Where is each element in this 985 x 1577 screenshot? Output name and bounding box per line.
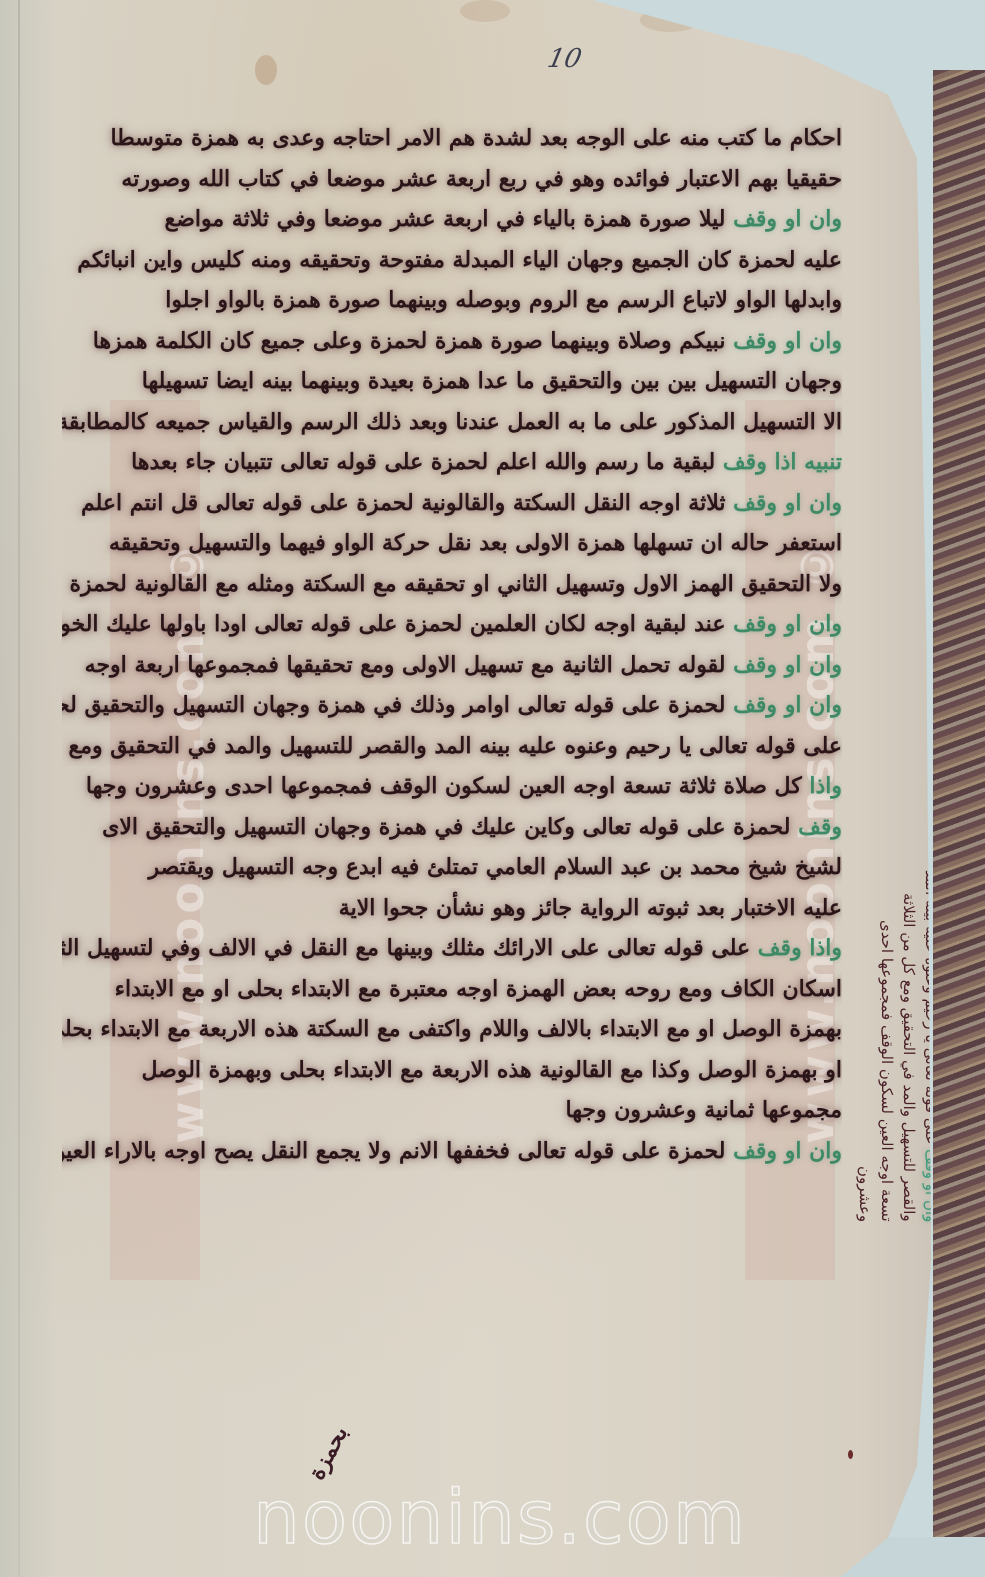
stain <box>255 55 277 85</box>
line-text: نبيكم وصلاة وبينهما صورة همزة لحمزة وعلى… <box>93 328 726 354</box>
manuscript-line: عليه الاختبار بعد ثبوته الرواية جائز وهو… <box>62 888 842 929</box>
line-text: على قوله تعالى على الارائك مثلك وبينها م… <box>62 935 750 961</box>
manuscript-line: الا التسهيل المذكور على ما به العمل عندن… <box>62 402 842 443</box>
line-text: حقيقيا بهم الاعتبار فوائده وهو في ربع ار… <box>121 166 842 192</box>
manuscript-line: وان او وقف لحمزة على قوله تعالى فخففها ا… <box>62 1131 842 1172</box>
rubric-heading: وان او وقف <box>733 611 842 637</box>
line-text: لحمزة على قوله تعالى وكاين عليك في همزة … <box>102 814 790 840</box>
manuscript-line: وجهان التسهيل بين بين والتحقيق ما عدا هم… <box>62 361 842 402</box>
footer-watermark: noonins.com <box>190 1475 810 1561</box>
manuscript-line: اسكان الكاف ومع روحه بعض الهمزة اوجه معت… <box>62 969 842 1010</box>
line-text: اسكان الكاف ومع روحه بعض الهمزة اوجه معت… <box>115 976 842 1002</box>
manuscript-line: واذا كل صلاة ثلاثة تسعة اوجه العين لسكون… <box>62 766 842 807</box>
manuscript-line: استعفر حاله ان تسهلها همزة الاولى بعد نق… <box>62 523 842 564</box>
manuscript-line: وقف لحمزة على قوله تعالى وكاين عليك في ه… <box>62 807 842 848</box>
manuscript-line: وان او وقف ليلا صورة همزة بالياء في اربع… <box>62 199 842 240</box>
line-text: او بهمزة الوصل وكذا مع القالونية هذه الا… <box>142 1057 843 1083</box>
rubric-heading: وان او وقف <box>733 692 842 718</box>
line-text: كل صلاة ثلاثة تسعة اوجه العين لسكون الوق… <box>86 773 802 799</box>
rubric-heading: وان او وقف <box>733 328 842 354</box>
manuscript-page: 10 www.noonins.com © www.noonins.com © ا… <box>0 0 955 1577</box>
manuscript-line: واذا وقف على قوله تعالى على الارائك مثلك… <box>62 928 842 969</box>
manuscript-line: وان او وقف عند لبقية اوجه لكان العلمين ل… <box>62 604 842 645</box>
stain <box>640 8 700 32</box>
folio-number: 10 <box>545 44 584 74</box>
line-text: ولا التحقيق الهمز الاول وتسهيل الثاني او… <box>70 571 842 597</box>
stain <box>460 0 510 22</box>
manuscript-line: وان او وقف ثلاثة اوجه النقل السكتة والقا… <box>62 483 842 524</box>
line-text: وابدلها الواو لاتباع الرسم مع الروم وبوص… <box>165 287 842 313</box>
line-text: ثلاثة اوجه النقل السكتة والقالونية لحمزة… <box>81 490 725 516</box>
manuscript-line: او بهمزة الوصل وكذا مع القالونية هذه الا… <box>62 1050 842 1091</box>
page-gutter <box>18 0 20 1577</box>
manuscript-line: مجموعها ثمانية وعشرون وجها <box>62 1090 842 1131</box>
marbled-book-cover <box>933 70 985 1577</box>
line-text: الا التسهيل المذكور على ما به العمل عندن… <box>62 409 842 435</box>
manuscript-line: لشيخ شيخ محمد بن عبد السلام العامي تمتلئ… <box>62 847 842 888</box>
line-text: لقوله تحمل الثانية مع تسهيل الاولى ومع ت… <box>85 652 726 678</box>
line-text: عليه لحمزة كان الجميع وجهان الياء المبدل… <box>77 247 842 273</box>
margin-note: وان او وقف على قوله تعالى يا رحيم وعنوه … <box>852 862 942 1222</box>
line-text: لبقية ما رسم والله اعلم لحمزة على قوله ت… <box>131 449 715 475</box>
line-text: لحمزة على قوله تعالى فخففها الانم ولا يج… <box>62 1138 725 1164</box>
line-text: بهمزة الوصل او مع الابتداء بالالف واللام… <box>62 1016 842 1042</box>
manuscript-line: احكام ما كتب منه على الوجه بعد لشدة هم ا… <box>62 118 842 159</box>
manuscript-line: عليه لحمزة كان الجميع وجهان الياء المبدل… <box>62 240 842 281</box>
manuscript-line: تنبيه اذا وقف لبقية ما رسم والله اعلم لح… <box>62 442 842 483</box>
rubric-heading: وان او وقف <box>733 490 842 516</box>
line-text: مجموعها ثمانية وعشرون وجها <box>566 1097 842 1123</box>
rubric-heading: تنبيه اذا وقف <box>723 449 842 475</box>
manuscript-line: حقيقيا بهم الاعتبار فوائده وهو في ربع ار… <box>62 159 842 200</box>
rubric-heading: واذا وقف <box>758 935 842 961</box>
rubric-heading: وان او وقف <box>733 1138 842 1164</box>
line-text: لشيخ شيخ محمد بن عبد السلام العامي تمتلئ… <box>149 854 842 880</box>
main-text-block: احكام ما كتب منه على الوجه بعد لشدة هم ا… <box>62 118 842 1171</box>
manuscript-line: وان او وقف لحمزة على قوله تعالى اوامر وذ… <box>62 685 842 726</box>
line-text: وجهان التسهيل بين بين والتحقيق ما عدا هم… <box>142 368 842 394</box>
manuscript-line: ولا التحقيق الهمز الاول وتسهيل الثاني او… <box>62 564 842 605</box>
line-text: استعفر حاله ان تسهلها همزة الاولى بعد نق… <box>109 530 842 556</box>
rubric-heading: وان او وقف <box>733 652 842 678</box>
manuscript-line: وابدلها الواو لاتباع الرسم مع الروم وبوص… <box>62 280 842 321</box>
manuscript-line: وان او وقف نبيكم وصلاة وبينهما صورة همزة… <box>62 321 842 362</box>
rubric-heading: واذا <box>809 773 842 799</box>
manuscript-line: وان او وقف لقوله تحمل الثانية مع تسهيل ا… <box>62 645 842 686</box>
line-text: ليلا صورة همزة بالياء في اربعة عشر موضعا… <box>165 206 726 232</box>
rubric-heading: وان او وقف <box>733 206 842 232</box>
line-text: احكام ما كتب منه على الوجه بعد لشدة هم ا… <box>110 125 842 151</box>
manuscript-line: على قوله تعالى يا رحيم وعنوه عليه بينه ا… <box>62 726 842 767</box>
rubric-heading: وقف <box>798 814 842 840</box>
line-text: عند لبقية اوجه لكان العلمين لحمزة على قو… <box>62 611 725 637</box>
line-text: على قوله تعالى يا رحيم وعنوه عليه بينه ا… <box>69 733 843 759</box>
ink-dot <box>848 1450 853 1459</box>
manuscript-line: بهمزة الوصل او مع الابتداء بالالف واللام… <box>62 1009 842 1050</box>
line-text: لحمزة على قوله تعالى اوامر وذلك في همزة … <box>62 692 725 718</box>
line-text: عليه الاختبار بعد ثبوته الرواية جائز وهو… <box>339 895 842 921</box>
